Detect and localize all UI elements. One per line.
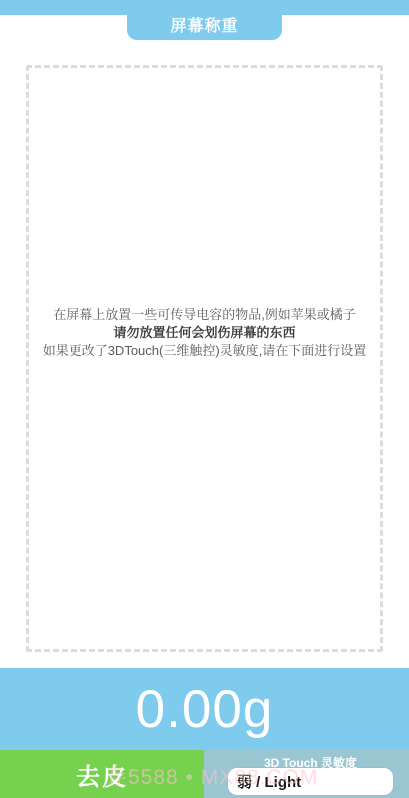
instruction-line-3: 如果更改了3DTouch(三维触控)灵敏度,请在下面进行设置 <box>29 342 380 360</box>
weighing-surface[interactable]: 在屏幕上放置一些可传导电容的物品,例如苹果或橘子 请勿放置任何会划伤屏幕的东西 … <box>26 65 383 652</box>
instruction-line-1: 在屏幕上放置一些可传导电容的物品,例如苹果或橘子 <box>29 306 380 324</box>
weight-value: 0.00g <box>136 679 274 740</box>
sensitivity-panel: 3D Touch 灵敏度 弱 / Light <box>204 750 409 798</box>
page-title: 屏幕称重 <box>170 13 238 36</box>
tare-button-label: 去皮 <box>76 757 128 792</box>
tare-button[interactable]: 去皮 <box>0 750 204 798</box>
bottom-toolbar: 去皮 3D Touch 灵敏度 弱 / Light <box>0 750 409 798</box>
sensitivity-selected-value: 弱 / Light <box>237 771 301 792</box>
instructions-block: 在屏幕上放置一些可传导电容的物品,例如苹果或橘子 请勿放置任何会划伤屏幕的东西 … <box>29 306 380 360</box>
sensitivity-select[interactable]: 弱 / Light <box>228 768 393 795</box>
weight-display-band: 0.00g <box>0 668 409 750</box>
instruction-warning: 请勿放置任何会划伤屏幕的东西 <box>29 324 380 342</box>
app-header-tab: 屏幕称重 <box>127 0 282 40</box>
